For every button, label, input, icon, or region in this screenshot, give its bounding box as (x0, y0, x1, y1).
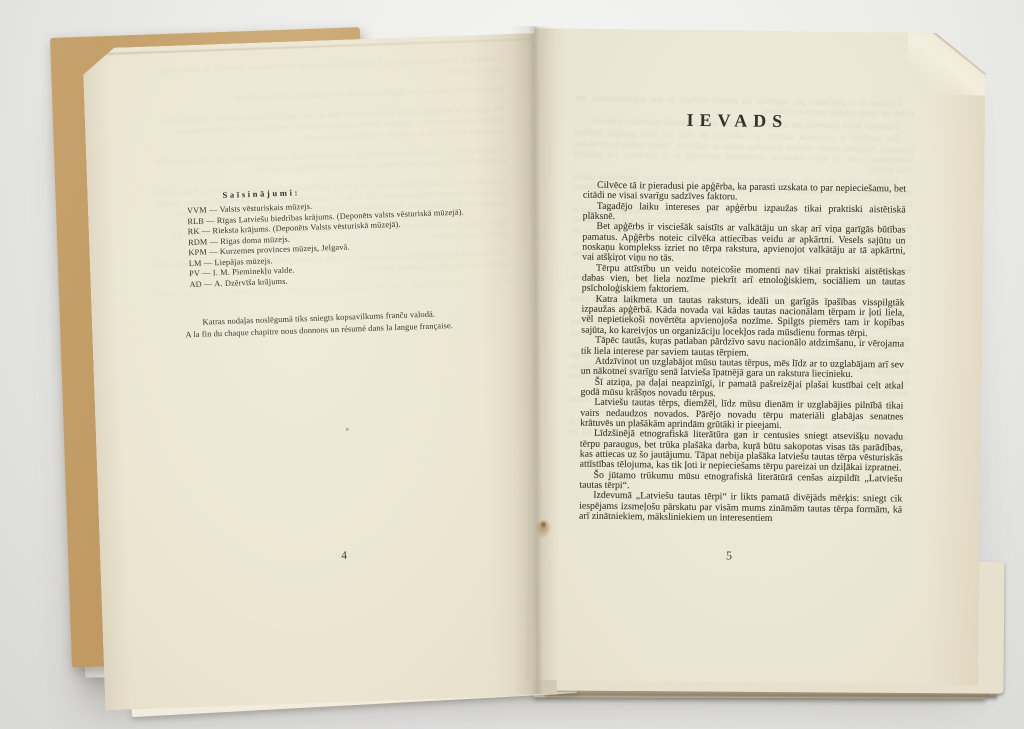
paragraph: Tērpu attīstību un veidu noteicošie mome… (582, 263, 905, 298)
ghost-paragraph: Tērpu attīstību un veidu noteicošie mome… (146, 144, 507, 179)
chapter-title: IEVADS (573, 108, 896, 133)
paper-stain (536, 520, 551, 538)
right-page: Cilvēce tā ir pieradusi pie apģērba, ka … (526, 28, 986, 685)
page-number-right: 5 (567, 546, 890, 565)
paragraph: Katra laikmeta un tautas raksturs, ideāl… (581, 294, 904, 339)
paper-speck (346, 428, 349, 431)
ghost-paragraph: Bet apģērbs ir visciešāk saistīts ar val… (145, 103, 506, 149)
page-number-left: 4 (100, 543, 552, 571)
ghost-paragraph: Cilvēce tā ir pieradusi pie apģērba, ka … (143, 53, 504, 88)
book-block-edge-shadow (545, 693, 997, 701)
paragraph: Līdzšinējā etnografiskā literātūra gan i… (580, 429, 903, 474)
abbreviations-heading: Saīsinājumi: (222, 187, 300, 200)
paragraph: Bet apģērbs ir visciešāk saistīts ar val… (582, 222, 905, 267)
left-page: Cilvēce tā ir pieradusi pie apģērba, ka … (82, 33, 557, 710)
summary-note: Katras nodaļas noslēgumā tiks sniegts ko… (154, 307, 485, 343)
paragraph: Izdevumā „Latviešu tautas tērpi“ ir likt… (579, 491, 902, 526)
abbreviations-list: VVM — Valsts vēsturiskais mūzejs.RLB — R… (187, 197, 466, 291)
ghost-paragraph: Bet apģērbs ir visciešāk saistīts ar val… (573, 129, 914, 177)
photo-background: Cilvēce tā ir pieradusi pie apģērba, ka … (0, 0, 1024, 729)
ghost-paragraph: Tagadējo laiku intereses par apģērbu izp… (144, 83, 504, 107)
chapter-body: Cilvēce tā ir pieradusi pie apģērba, ka … (579, 181, 906, 526)
